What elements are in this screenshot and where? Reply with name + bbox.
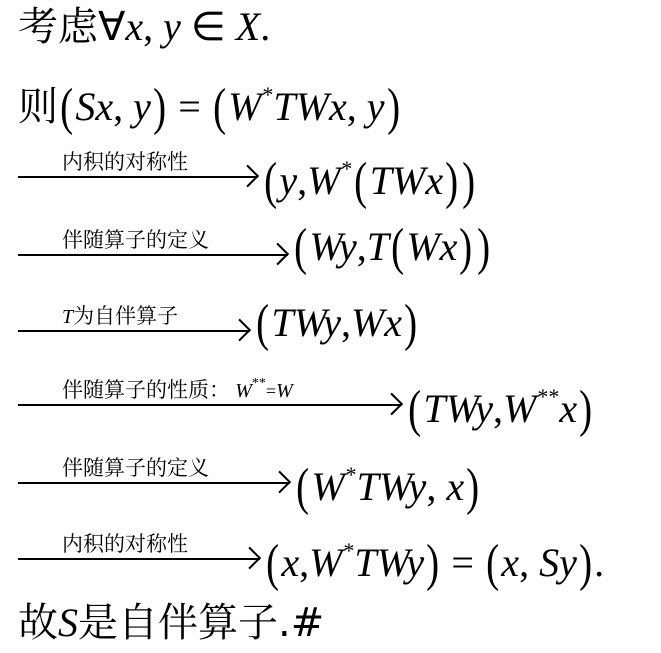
intro-prefix: 考虑	[18, 4, 98, 50]
arrow-icon	[18, 176, 258, 178]
first-equation: 则(Sx, y) = (W*TWx, y)	[18, 72, 402, 131]
arrow-icon	[18, 404, 402, 406]
conclusion-prefix: 故	[18, 600, 58, 646]
step-label: 伴随算子的定义	[62, 452, 209, 482]
intro-line: 考虑∀x, y ∈ X.	[18, 4, 270, 50]
step-expression: (TWy,Wx)	[254, 300, 419, 347]
step-expression: (y,W*(TWx))	[262, 146, 478, 205]
step-label: 伴随算子的性质： W**=W	[62, 374, 293, 404]
then-prefix: 则	[18, 84, 58, 130]
arrow-icon	[18, 330, 250, 332]
step-label: 伴随算子的定义	[62, 224, 209, 254]
step-expression: (x,W*TWy) = (x, Sy).	[264, 528, 604, 587]
step-expression: (Wy,T(Wx))	[292, 224, 492, 271]
step-expression: (W*TWy, x)	[294, 452, 481, 511]
step-label: T为自伴算子	[62, 300, 178, 330]
arrow-icon	[18, 482, 290, 484]
arrow-icon	[18, 254, 288, 256]
step-expression: (TWy,W**x)	[406, 374, 594, 433]
conclusion-suffix: 是自伴算子.#	[78, 600, 324, 646]
conclusion-line: 故S是自伴算子.#	[18, 600, 324, 646]
step-label: 内积的对称性	[62, 528, 188, 558]
conclusion-symbol: S	[58, 600, 78, 645]
arrow-icon	[18, 558, 260, 560]
step-label: 内积的对称性	[62, 146, 188, 176]
